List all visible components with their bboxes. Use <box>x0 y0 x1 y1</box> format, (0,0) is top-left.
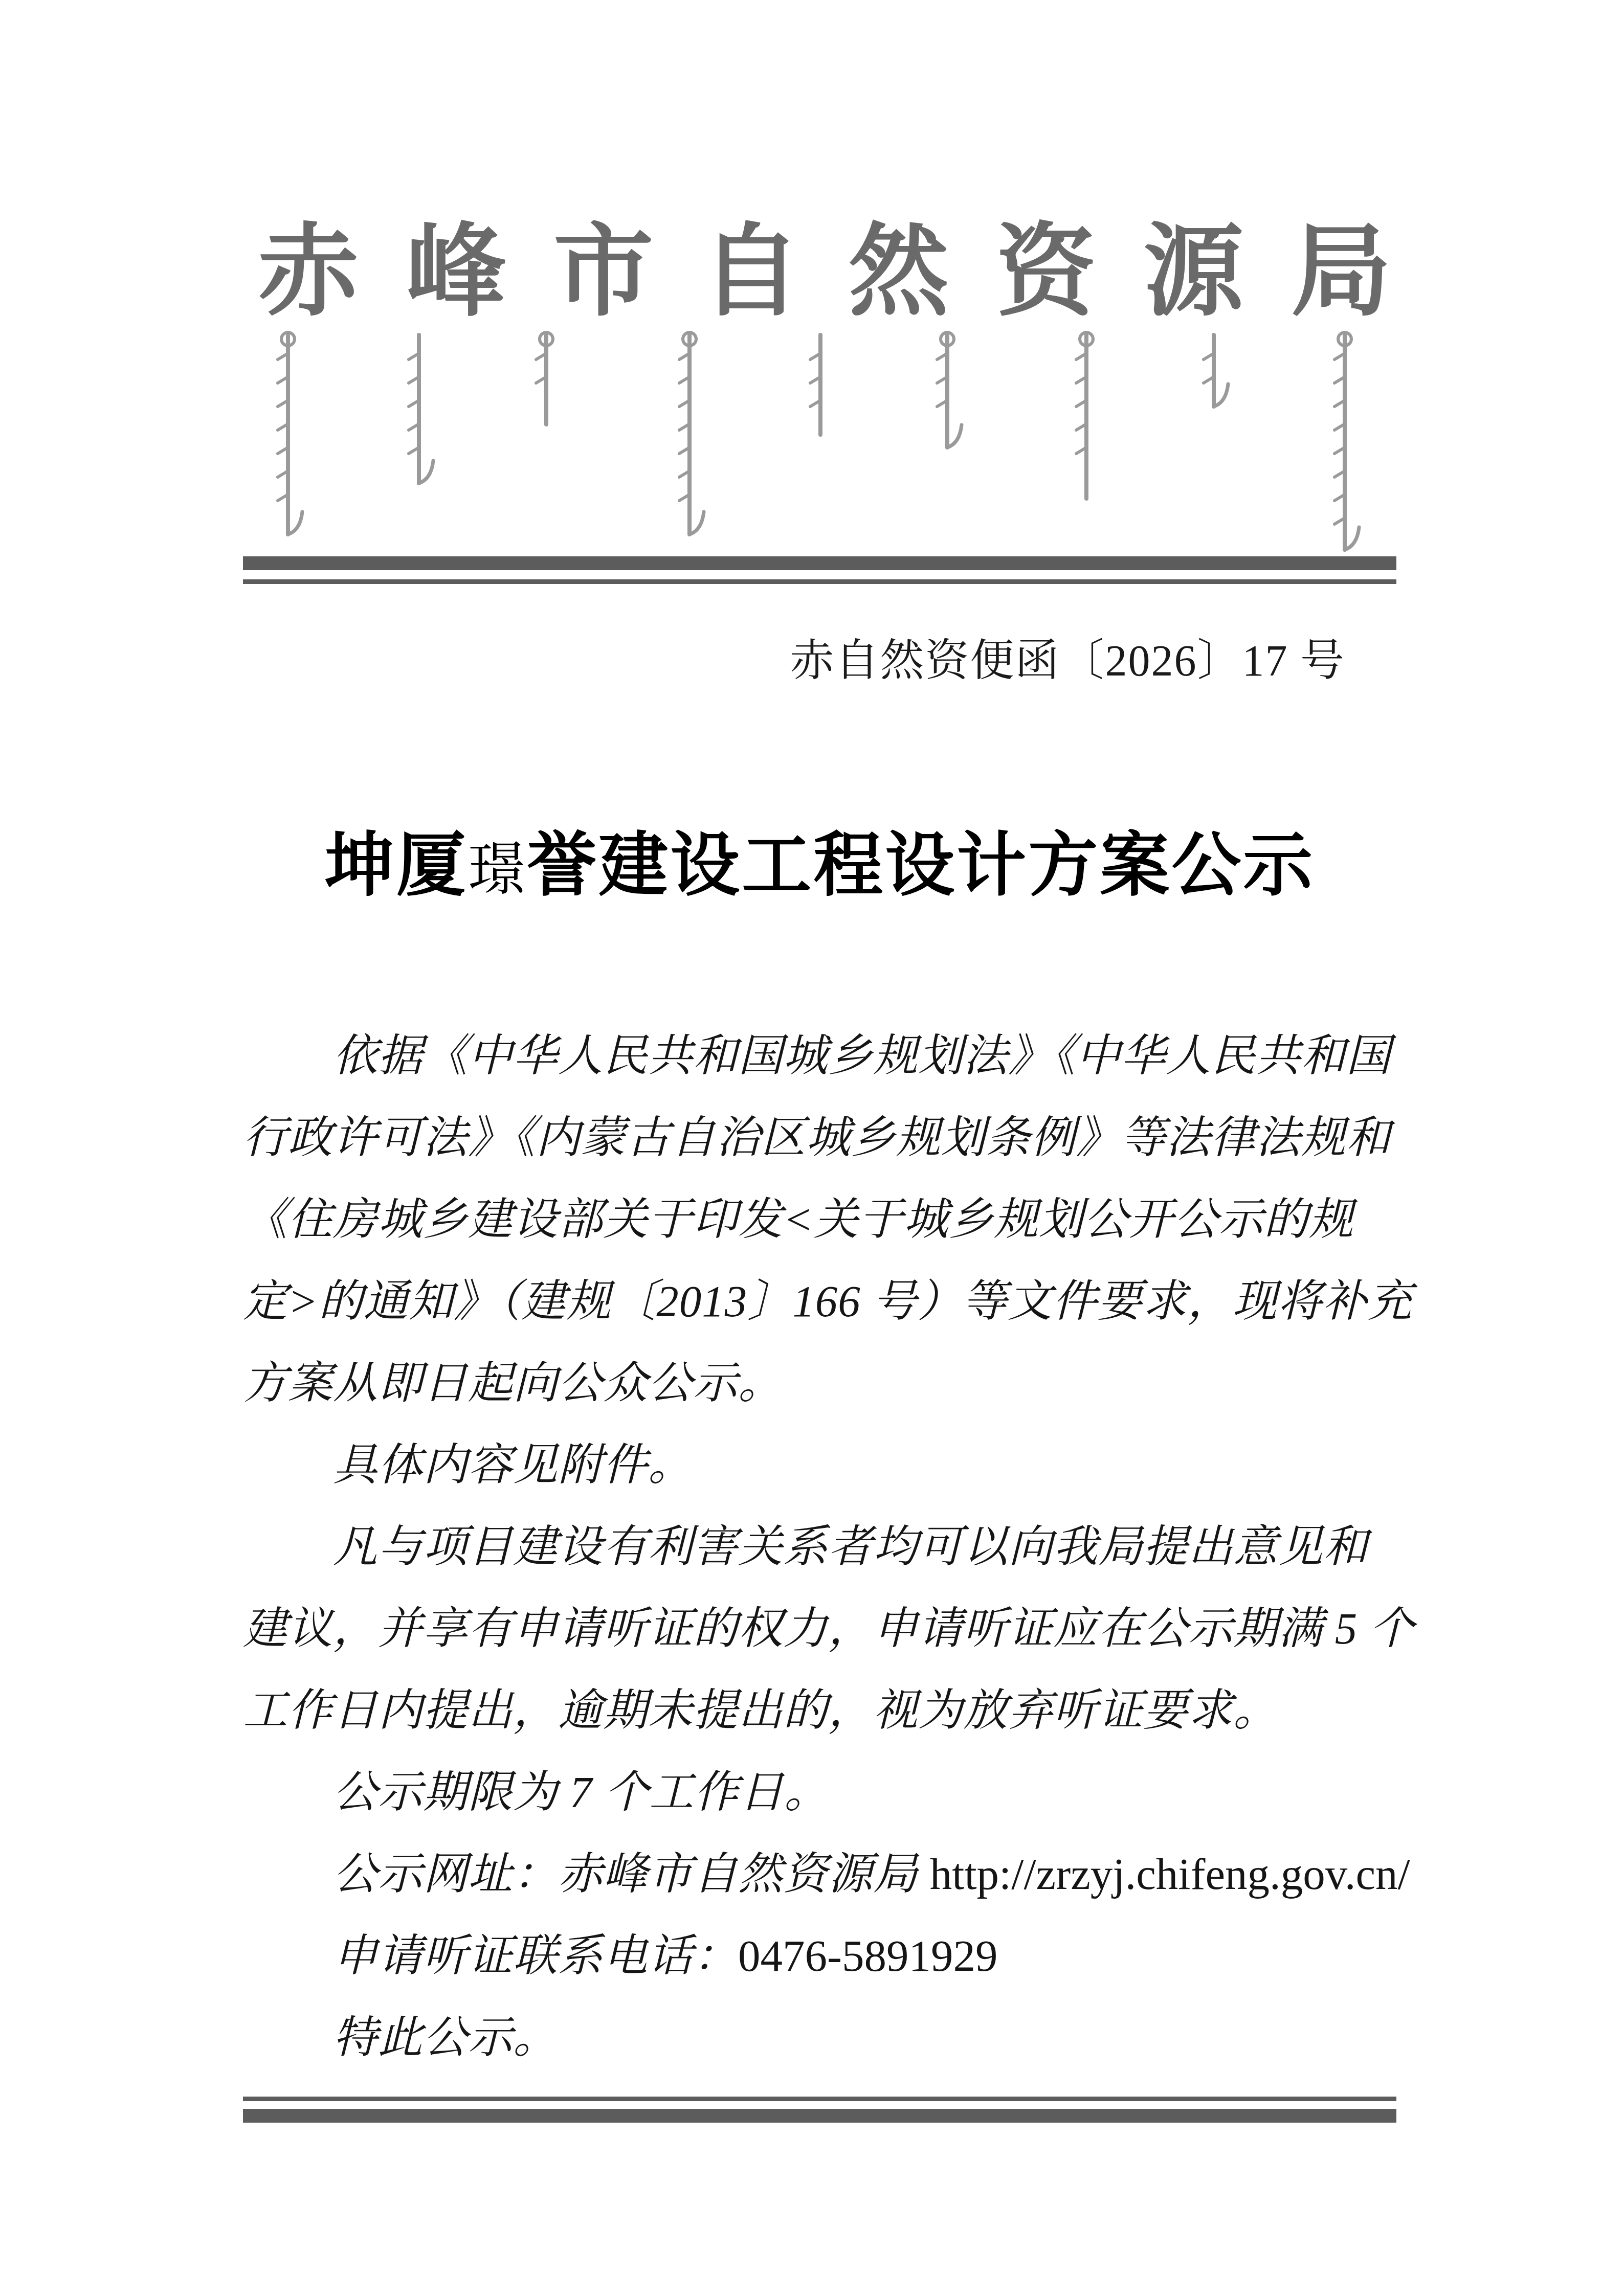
body-line: 定>的通知》（建规〔2013〕166 号）等文件要求，现将补充 <box>243 1260 1396 1342</box>
body-line: 建议，并享有申请听证的权力，申请听证应在公示期满 5 个 <box>243 1588 1396 1670</box>
body-line-text: 建议，并享有申请听证的权力，申请听证应在公示期满 5 个 <box>243 1604 1414 1653</box>
mongolian-script-band <box>243 330 1396 560</box>
body-line: 公示期限为 7 个工作日。 <box>243 1751 1396 1833</box>
title-prefix: 坤厦 <box>325 828 468 905</box>
body-line-text: 公示网址：赤峰市自然资源局 <box>333 1849 930 1899</box>
agency-char: 赤 <box>258 220 359 325</box>
body-line: 《住房城乡建设部关于印发<关于城乡规划公开公示的规 <box>243 1179 1396 1260</box>
body-line: 申请听证联系电话：0476-5891929 <box>243 1915 1396 1997</box>
title-suffix: 誉建设工程设计方案公示 <box>527 828 1315 905</box>
agency-char: 峰 <box>406 220 506 325</box>
body-line: 具体内容见附件。 <box>243 1424 1396 1506</box>
body-line-text: 定>的通知》（建规〔2013〕166 号）等文件要求，现将补充 <box>243 1276 1412 1326</box>
footer-rule-thick <box>243 2109 1396 2123</box>
body-line: 行政许可法》《内蒙古自治区城乡规划条例》等法律法规和 <box>243 1097 1396 1179</box>
agency-char: 局 <box>1291 220 1391 325</box>
agency-char: 源 <box>1144 220 1244 325</box>
body-line-text: 具体内容见附件。 <box>333 1440 693 1490</box>
document-body: 依据《中华人民共和国城乡规划法》《中华人民共和国行政许可法》《内蒙古自治区城乡规… <box>243 1015 1396 2079</box>
title-variant-char: 璟 <box>468 839 527 902</box>
agency-char: 自 <box>701 220 801 325</box>
body-line: 公示网址：赤峰市自然资源局 http://zrzyj.chifeng.gov.c… <box>243 1833 1396 1915</box>
body-line-text: 方案从即日起向公众公示。 <box>243 1358 783 1408</box>
body-line: 方案从即日起向公众公示。 <box>243 1342 1396 1424</box>
body-line-latin: http://zrzyj.chifeng.gov.cn/ <box>930 1849 1410 1899</box>
header-rule-thin <box>243 579 1396 584</box>
body-line-text: 特此公示。 <box>333 2013 558 2062</box>
header-rule-thick <box>243 556 1396 570</box>
document-number: 赤自然资便函〔2026〕17 号 <box>243 625 1396 688</box>
body-line-text: 凡与项目建设有利害关系者均可以向我局提出意见和 <box>333 1522 1368 1571</box>
body-line: 凡与项目建设有利害关系者均可以向我局提出意见和 <box>243 1506 1396 1588</box>
document-page: 赤峰市自然资源局 赤自然资便函〔2026〕17 号 坤厦璟誉建设工程设计方案公示… <box>0 0 1624 2296</box>
body-line-text: 工作日内提出，逾期未提出的，视为放弃听证要求。 <box>243 1685 1278 1735</box>
body-line-text: 申请听证联系电话： <box>333 1931 738 1980</box>
header-separator <box>243 556 1396 584</box>
body-line-text: 依据《中华人民共和国城乡规划法》《中华人民共和国 <box>333 1031 1391 1081</box>
footer-separator <box>243 2097 1396 2123</box>
body-line: 工作日内提出，逾期未提出的，视为放弃听证要求。 <box>243 1670 1396 1751</box>
agency-char: 资 <box>996 220 1096 325</box>
body-line-text: 公示期限为 7 个工作日。 <box>333 1767 829 1817</box>
document-title: 坤厦璟誉建设工程设计方案公示 <box>243 821 1396 912</box>
body-line: 特此公示。 <box>243 1997 1396 2079</box>
body-line-text: 《住房城乡建设部关于印发<关于城乡规划公开公示的规 <box>243 1195 1354 1244</box>
body-line-latin: 0476-5891929 <box>738 1931 997 1980</box>
footer-rule-thin <box>243 2097 1396 2101</box>
agency-char: 市 <box>553 220 654 325</box>
letterhead-agency-name: 赤峰市自然资源局 <box>258 220 1391 325</box>
body-line: 依据《中华人民共和国城乡规划法》《中华人民共和国 <box>243 1015 1396 1097</box>
body-line-text: 行政许可法》《内蒙古自治区城乡规划条例》等法律法规和 <box>243 1113 1391 1162</box>
agency-char: 然 <box>849 220 949 325</box>
